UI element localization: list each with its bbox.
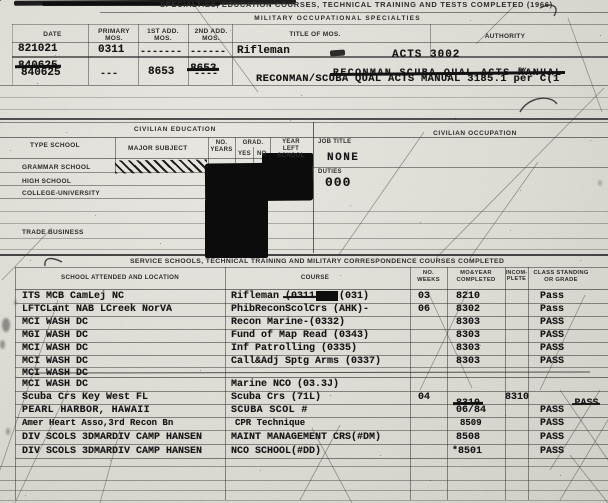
scan-noise <box>0 340 5 349</box>
scan-noise <box>14 300 17 305</box>
grid-line <box>138 24 139 85</box>
redaction-block <box>205 163 313 202</box>
grade-cell: PASS <box>540 418 564 429</box>
grid-line <box>0 223 608 224</box>
completed-cell: 8302 <box>456 304 480 315</box>
table-row: MCI WASH DC Recon Marine-(0332) 8303 PAS… <box>0 317 608 330</box>
grid-line <box>0 85 608 86</box>
redaction-block <box>205 199 268 258</box>
completed-cell: 06/84 <box>456 405 486 416</box>
mos-col-authority: AUTHORITY <box>455 33 555 40</box>
edu-col-no-years: NO.YEARS <box>209 140 234 154</box>
mos-add1: ------- <box>140 47 182 58</box>
grid-line <box>12 56 608 58</box>
occupation-section-title: CIVILIAN OCCUPATION <box>415 130 535 137</box>
grade-cell: Pass <box>540 291 564 302</box>
completed-rewrite: 8310 <box>505 392 529 403</box>
table-row: DIV SCOLS 3DMARDIV CAMP HANSEN MAINT MAN… <box>0 432 608 445</box>
school-cell: MCI WASH DC <box>22 317 88 328</box>
mos-add1: 8653 <box>148 66 174 78</box>
grid-line <box>88 24 89 85</box>
grid-line <box>232 24 233 85</box>
mos-primary: 0311 <box>98 44 124 56</box>
mos-col-title: TITLE OF MOS. <box>255 31 375 38</box>
grid-line <box>313 122 314 253</box>
mos-col-date: DATE <box>25 31 80 38</box>
completed-cell: 8303 <box>456 343 480 354</box>
school-cell: MCI WASH DC <box>22 356 88 367</box>
school-cell: MCI WASH DC <box>22 379 88 390</box>
page-title: SPECIALTIES, EDUCATION COURSES, TECHNICA… <box>160 1 553 10</box>
school-cell: DIV SCOLS 3DMARDIV CAMP HANSEN <box>22 432 202 443</box>
table-row: MGI WASH DC Fund of Map Read (0343) 8303… <box>0 330 608 343</box>
mos-title: Rifleman <box>237 45 290 57</box>
edu-col-type-school: TYPE SCHOOL <box>30 142 80 149</box>
weeks-cell: 04 <box>418 392 430 403</box>
grid-line <box>0 238 608 239</box>
grade-cell: PASS <box>540 432 564 443</box>
completed-cell: 8303 <box>456 356 480 367</box>
mos-col-add2: 2ND ADD.MOS. <box>192 28 230 43</box>
course-cell: Fund of Map Read (0343) <box>231 330 369 341</box>
table-row: PEARL HARBOR, HAWAII SCUBA SCOL # 06/84 … <box>0 405 608 418</box>
grade-cell: Pass <box>540 304 564 315</box>
scan-noise <box>6 428 10 435</box>
svc-col-course: COURSE <box>280 274 350 281</box>
grade-cell: PASS <box>540 356 564 367</box>
course-cell: SCUBA SCOL # <box>231 405 308 416</box>
course-cell: Marine NCO (03.3J) <box>231 379 339 390</box>
mos-authority: ACTS 3002 <box>392 49 460 61</box>
completed-cell: *8501 <box>452 446 482 457</box>
school-cell: DIV SCOLS 3DMARDIV CAMP HANSEN <box>22 446 202 457</box>
grade-cell: PASS <box>540 405 564 416</box>
grade-cell: PASS <box>540 330 564 341</box>
grid-line <box>15 267 608 268</box>
edu-col-major-subject: MAJOR SUBJECT <box>128 145 188 152</box>
edu-col-yes: YES <box>238 151 251 158</box>
table-row: MCI WASH DC Inf Patrolling (0335) 8303 P… <box>0 343 608 356</box>
school-cell: PEARL HARBOR, HAWAII <box>22 405 150 416</box>
table-row: LFTCLant NAB LCreek NorVA PhibReconScolC… <box>0 304 608 317</box>
edu-row-high-school: HIGH SCHOOL <box>22 178 71 185</box>
school-cell: Scuba Crs Key West FL <box>22 392 148 403</box>
svc-col-weeks: NO.WEEKS <box>412 270 445 283</box>
completed-cell: 8303 <box>456 330 480 341</box>
grid-line <box>0 254 608 256</box>
grid-line <box>0 118 608 120</box>
completed-cell: 8303 <box>456 317 480 328</box>
schools-section-title: SERVICE SCHOOLS, TECHNICAL TRAINING AND … <box>130 258 500 266</box>
grid-line <box>313 167 608 168</box>
grid-line <box>0 466 608 467</box>
mos-col-primary: PRIMARYMOS. <box>94 28 134 43</box>
weeks-cell: 06 <box>418 304 430 315</box>
occ-job-title-label: JOB TITLE <box>318 139 351 146</box>
table-row: Amer Heart Asso,3rd Recon Bn CPR Techniq… <box>0 418 608 431</box>
grid-line <box>0 122 608 123</box>
mos-col-add1: 1ST ADD.MOS. <box>142 28 184 43</box>
occ-duties-value: 000 <box>325 175 351 190</box>
grid-line <box>0 490 608 491</box>
school-cell: MCI WASH DC <box>22 343 88 354</box>
mos-date: 821021 <box>18 43 58 55</box>
svc-col-school: SCHOOL ATTENDED AND LOCATION <box>45 274 195 281</box>
course-cell: CPR Technique <box>235 418 305 428</box>
svc-col-completed: MO&YEARCOMPLETED <box>448 270 504 283</box>
table-row: Scuba Crs Key West FL Scuba Crs (71L) 04… <box>0 392 608 405</box>
grid-line <box>0 97 608 98</box>
scanned-form-page: SPECIALTIES, EDUCATION COURSES, TECHNICA… <box>0 0 608 503</box>
edu-col-no: NO <box>257 151 267 158</box>
weeks-cell: 03 <box>418 291 430 302</box>
redaction-mark <box>316 291 338 301</box>
grid-line <box>12 24 13 85</box>
mos-add2: ------ <box>190 47 226 58</box>
table-row: DIV SCOLS 3DMARDIV CAMP HANSEN NCO SCHOO… <box>0 446 608 459</box>
edu-col-year-left: YEARLEFTSCHOOL <box>272 139 310 160</box>
grid-line <box>253 147 254 163</box>
occ-job-title-value: NONE <box>327 152 359 164</box>
course-cell: Recon Marine-(0332) <box>231 317 345 328</box>
course-cell: PhibReconScolCrs (AHK)- <box>231 304 369 315</box>
scan-noise <box>2 318 10 332</box>
hatched-redaction <box>115 160 207 174</box>
grid-line <box>0 500 608 501</box>
svc-col-grade: CLASS STANDINGOR GRADE <box>530 270 592 283</box>
edu-row-trade-business: TRADE BUSINESS <box>22 229 84 236</box>
course-cell: Rifleman (0311(031) <box>231 291 369 302</box>
grid-line <box>0 480 608 481</box>
table-row: ITS MCB CamLej NC Rifleman (0311(031) 03… <box>0 291 608 304</box>
course-cell: Scuba Crs (71L) <box>231 392 321 403</box>
education-section-title: CIVILIAN EDUCATION <box>115 126 235 133</box>
mos-add2: ---- <box>194 69 218 80</box>
grade-cell: PASS <box>540 343 564 354</box>
edu-row-college-university: COLLEGE-UNIVERSITY <box>22 190 100 197</box>
course-cell: NCO SCHOOL(#DD) <box>231 446 321 457</box>
grid-line <box>188 24 189 85</box>
mos-date: 840625 <box>21 67 61 79</box>
grid-line <box>0 249 608 250</box>
grid-line <box>0 109 608 110</box>
school-cell: LFTCLant NAB LCreek NorVA <box>22 304 172 315</box>
mos-title-authority: RECONMAN/SCUBA QUAL ACTS MANUAL 3185.1 p… <box>256 73 560 85</box>
edu-col-grad: GRAD. <box>237 140 269 147</box>
scan-noise <box>0 0 1 1</box>
grade-cell: PASS <box>540 317 564 328</box>
edu-row-grammar-school: GRAMMAR SCHOOL <box>22 164 90 171</box>
school-cell: MCI WASH DC <box>22 368 88 379</box>
ink-smudge <box>330 49 345 56</box>
course-cell: Call&Adj Sptg Arms (0337) <box>231 356 381 367</box>
grid-line <box>15 289 608 290</box>
school-cell: MGI WASH DC <box>22 330 88 341</box>
completed-cell: 8508 <box>456 432 480 443</box>
grid-line <box>0 211 608 212</box>
mos-section-title: MILITARY OCCUPATIONAL SPECIALTIES <box>240 15 435 22</box>
school-cell: Amer Heart Asso,3rd Recon Bn <box>22 418 173 428</box>
completed-cell: 8509 <box>460 418 482 428</box>
svc-col-incomplete: INCOM-PLETE <box>505 270 528 283</box>
mos-primary: --- <box>100 69 118 80</box>
grid-line <box>235 137 236 163</box>
grid-line <box>100 12 608 13</box>
course-cell: Inf Patrolling (0335) <box>231 343 357 354</box>
school-cell: ITS MCB CamLej NC <box>22 291 124 302</box>
course-cell: MAINT MANAGEMENT CRS(#DM) <box>231 432 381 443</box>
struck-text: (0311 <box>285 291 315 302</box>
grade-cell: PASS <box>540 446 564 457</box>
scan-noise <box>598 180 602 186</box>
grid-line <box>12 24 608 25</box>
completed-cell: 8210 <box>456 291 480 302</box>
table-row: MCI WASH DC Marine NCO (03.3J) <box>0 379 608 392</box>
